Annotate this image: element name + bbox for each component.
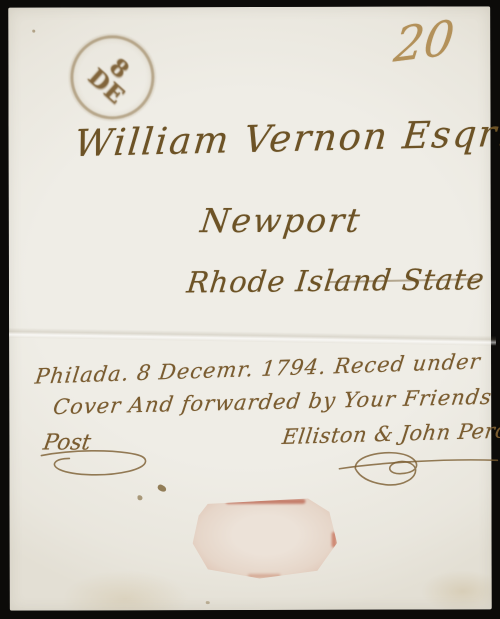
circular-datestamp: 8 DE [70,35,154,119]
scanned-postal-cover: 8 DE 20 William Vernon Esqr: Newport Rho… [0,0,500,619]
postmark-text: 8 DE [85,49,140,105]
seal-red-edge [226,499,305,504]
wax-seal-remnant [189,497,341,581]
fold-crease [9,328,496,346]
ink-speck [32,30,35,33]
address-line-name: William Vernon Esqr: [72,112,500,165]
letter-sheet: 8 DE 20 William Vernon Esqr: Newport Rho… [8,6,492,610]
ink-speck [157,484,168,493]
docket-line-signature: Elliston & John Perot [281,418,500,449]
address-line-city: Newport [198,201,363,240]
ink-speck [206,601,210,604]
seal-red-edge [332,532,337,548]
seal-red-edge [247,574,280,578]
post-flourish [37,445,157,479]
signature-paraph [337,446,500,494]
docket-line-1: Philada. 8 Decemr. 1794. Reced under [34,349,482,388]
ink-speck [137,495,142,500]
docket-line-2: Cover And forwarded by Your Friends [52,385,494,419]
rate-marking: 20 [391,10,457,74]
